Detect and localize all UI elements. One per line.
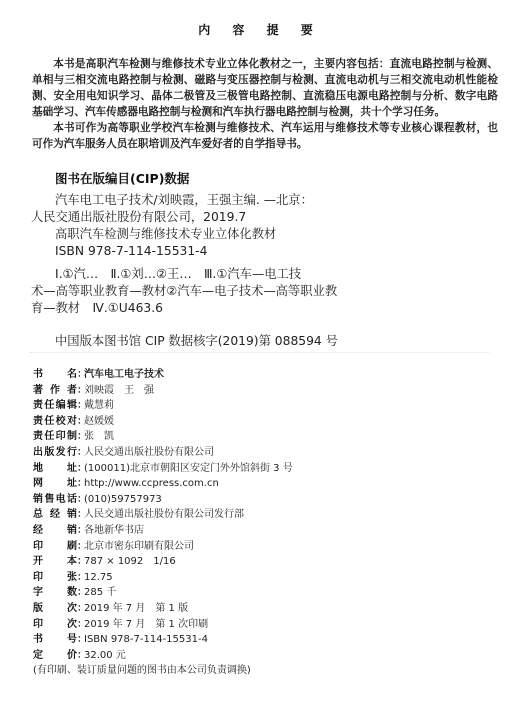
colophon-value: (010)59757973 [83,492,162,508]
colophon-row: 书号：ISBN 978-7-114-15531-4 [33,632,293,648]
divider [30,352,490,353]
cip-number: 中国版本图书馆 CIP 数据核字(2019)第 088594 号 [55,331,338,349]
colophon-row: 著作者：刘映霞 王 强 [33,383,293,399]
cip-line: Ⅰ.①汽… Ⅱ.①刘…②王… Ⅲ.①汽车—电工技 [31,266,371,283]
colophon-value: 张 凯 [83,429,114,445]
summary-paragraph: 本书可作为高等职业学校汽车检测与维修技术、汽车运用与维修技术等专业核心课程教材，… [32,120,498,152]
colophon-value: 2019 年 7 月 第 1 次印刷 [83,617,208,633]
colophon-label: 字数 [33,585,77,601]
colophon-value: (100011)北京市朝阳区安定门外外馆斜街 3 号 [83,461,293,477]
colophon-label: 总经销 [33,507,77,523]
replacement-note: (有印刷、装订质量问题的图书由本公司负责调换) [33,663,293,679]
colophon-value: 32.00 元 [83,648,126,664]
colophon-label: 销售电话 [33,492,77,508]
cip-record: 汽车电工电子技术/刘映霞，王强主编. —北京： 人民交通出版社股份有限公司，20… [31,192,371,317]
cip-isbn: ISBN 978-7-114-15531-4 [31,243,371,260]
cip-header: 图书在版编目(CIP)数据 [55,169,189,187]
colophon-value: 12.75 [83,570,113,586]
colophon-value: 戴慧莉 [83,398,114,414]
colophon-label: 出版发行 [33,445,77,461]
cip-line: 高职汽车检测与维修技术专业立体化教材 [31,226,371,243]
colophon-value: 北京市密东印刷有限公司 [83,539,194,555]
colophon-label: 定价 [33,648,77,664]
colophon-row: 印张：12.75 [33,570,293,586]
colophon-value: ISBN 978-7-114-15531-4 [83,632,208,648]
colophon-row: 责任印制：张 凯 [33,429,293,445]
summary-paragraph: 本书是高职汽车检测与维修技术专业立体化教材之一，主要内容包括：直流电路控制与检测… [32,56,498,120]
page-title: 内 容 提 要 [0,21,520,38]
colophon-value: http://www.ccpress.com.cn [83,476,219,492]
colophon-label: 书号 [33,632,77,648]
colophon-row: 经销：各地新华书店 [33,523,293,539]
colophon-label: 印张 [33,570,77,586]
colophon-label: 责任编辑 [33,398,77,414]
colophon-row: 总经销：人民交通出版社股份有限公司发行部 [33,507,293,523]
colophon-row: 责任编辑：戴慧莉 [33,398,293,414]
colophon-value: 人民交通出版社股份有限公司发行部 [83,507,244,523]
colophon-label: 著作者 [33,383,77,399]
content-summary: 本书是高职汽车检测与维修技术专业立体化教材之一，主要内容包括：直流电路控制与检测… [32,56,498,152]
colophon-row: 定价：32.00 元 [33,648,293,664]
colophon-label: 地址 [33,461,77,477]
colophon-label: 印刷 [33,539,77,555]
cip-line: 汽车电工电子技术/刘映霞，王强主编. —北京： [31,192,371,209]
colophon-row: 地址：(100011)北京市朝阳区安定门外外馆斜街 3 号 [33,461,293,477]
colophon-value: 285 千 [83,585,116,601]
colophon-label: 责任校对 [33,414,77,430]
colophon-label: 书名 [33,367,77,383]
colophon-row: 销售电话：(010)59757973 [33,492,293,508]
cip-line: 术—高等职业教育—教材②汽车—电子技术—高等职业教 [31,283,371,300]
colophon-row: 出版发行：人民交通出版社股份有限公司 [33,445,293,461]
colophon-row: 印次：2019 年 7 月 第 1 次印刷 [33,617,293,633]
cip-line: 人民交通出版社股份有限公司，2019.7 [31,209,371,226]
colophon-row: 开本：787 × 1092 1/16 [33,554,293,570]
colophon-value: 2019 年 7 月 第 1 版 [83,601,188,617]
colophon-label: 责任印制 [33,429,77,445]
colophon-label: 网址 [33,476,77,492]
colophon-row: 字数：285 千 [33,585,293,601]
colophon-value: 赵媛媛 [83,414,114,430]
colophon-row: 书名：汽车电工电子技术 [33,367,293,383]
colophon-value: 人民交通出版社股份有限公司 [83,445,214,461]
colophon-row: 版次：2019 年 7 月 第 1 版 [33,601,293,617]
colophon-label: 版次 [33,601,77,617]
colophon-row: 网址：http://www.ccpress.com.cn [33,476,293,492]
colophon-label: 开本 [33,554,77,570]
colophon-row: 印刷：北京市密东印刷有限公司 [33,539,293,555]
cip-line: 育—教材 Ⅳ.①U463.6 [31,300,371,317]
colophon-row: 责任校对：赵媛媛 [33,414,293,430]
colophon-label: 经销 [33,523,77,539]
colophon-value: 汽车电工电子技术 [83,367,164,383]
colophon-value: 刘映霞 王 强 [83,383,154,399]
colophon-value: 各地新华书店 [83,523,144,539]
colophon: 书名：汽车电工电子技术著作者：刘映霞 王 强责任编辑：戴慧莉责任校对：赵媛媛责任… [33,367,293,679]
colophon-label: 印次 [33,617,77,633]
colophon-value: 787 × 1092 1/16 [83,554,176,570]
